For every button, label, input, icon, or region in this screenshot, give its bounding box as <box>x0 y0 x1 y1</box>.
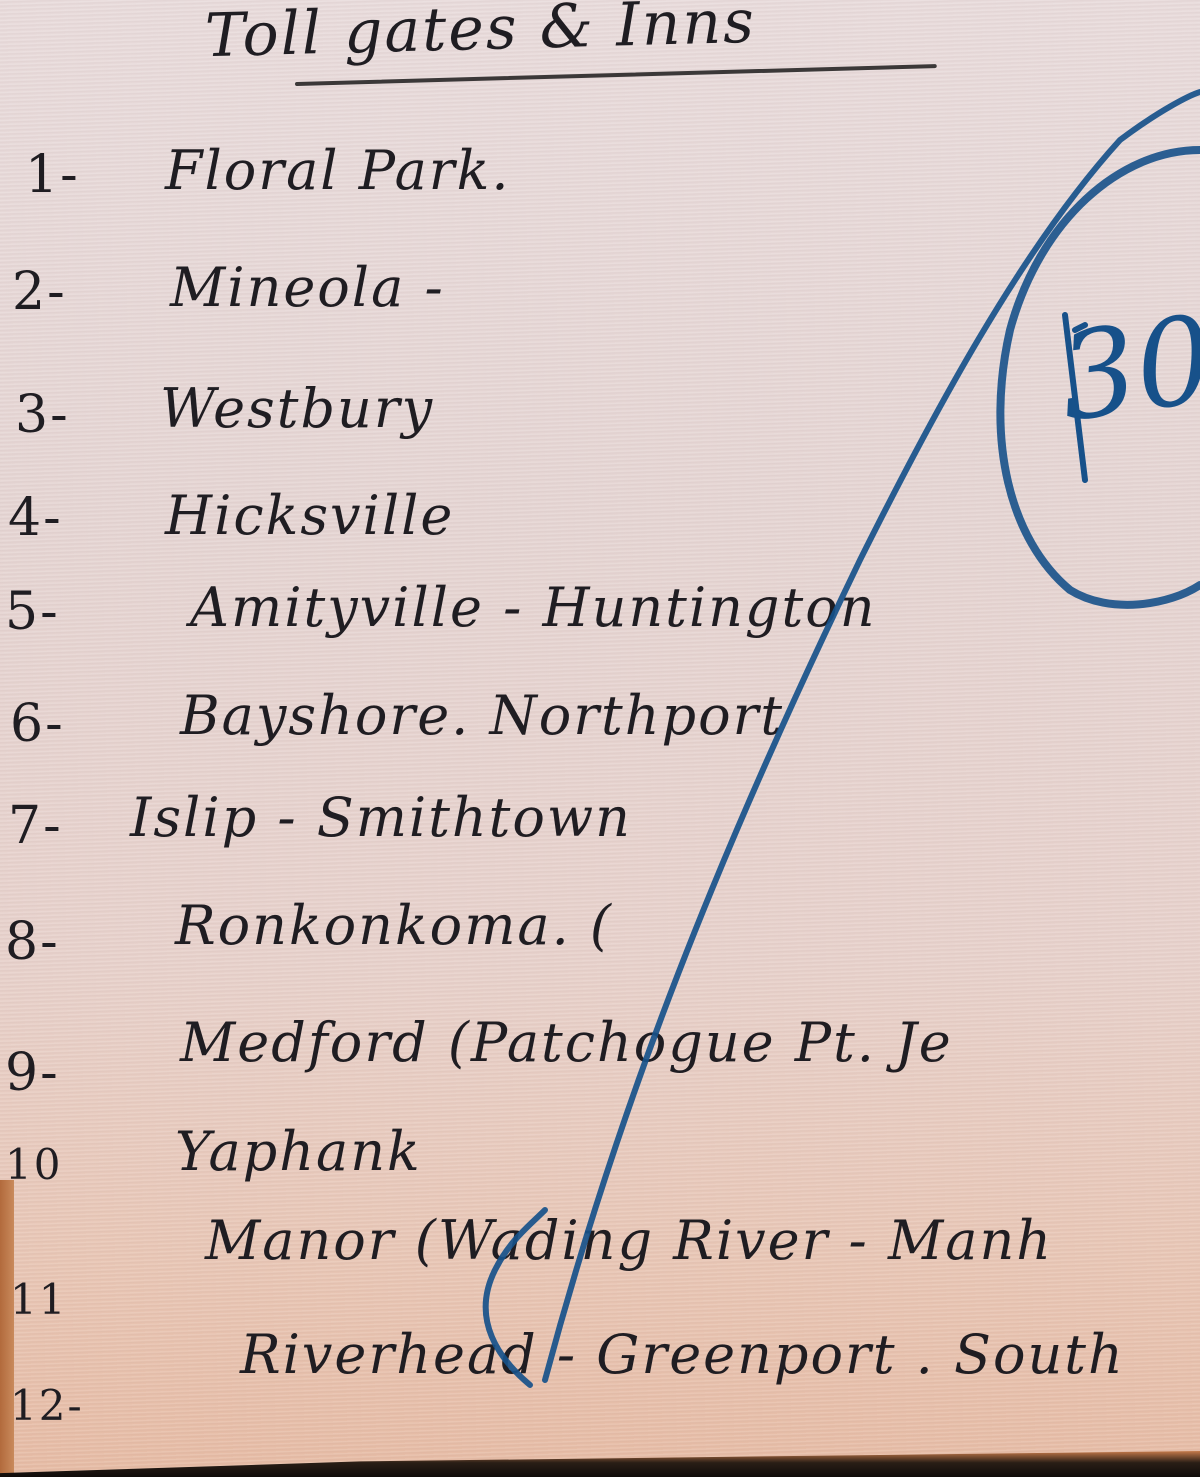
entry-text: Bayshore. Northport <box>180 684 784 747</box>
entry-text: Mineola - <box>170 256 445 319</box>
entry-number: 5- <box>5 582 60 642</box>
circled-number: 30 <box>1051 290 1200 449</box>
entry-number: 11 <box>10 1275 67 1324</box>
entry-text: Islip - Smithtown <box>130 786 632 849</box>
entry-number: 7- <box>8 796 63 856</box>
entry-number: 10 <box>5 1140 62 1189</box>
list-item: 9- Medford (Patchogue Pt. Je <box>0 1015 1200 1135</box>
entry-number: 1- <box>25 145 80 205</box>
handwritten-page: Toll gates & Inns 1- Floral Park. 2- Min… <box>0 0 1200 1477</box>
entry-text: Medford (Patchogue Pt. Je <box>180 1011 953 1074</box>
list-item: 8- Ronkonkoma. ( <box>0 900 1200 1020</box>
entry-number: 4- <box>8 488 63 548</box>
entry-number: 3- <box>15 385 70 445</box>
entry-text: Westbury <box>160 377 434 440</box>
list-item: 1- Floral Park. <box>0 145 1200 265</box>
entry-text: Manor (Wading River - Manh <box>205 1209 1053 1272</box>
title-underline <box>295 64 937 86</box>
list-item: 12- Riverhead - Greenport . South <box>0 1325 1200 1445</box>
entry-text: Hicksville <box>165 484 454 547</box>
entry-number: 2- <box>12 262 67 322</box>
list-item: 7- Islip - Smithtown <box>0 790 1200 910</box>
entry-text: Floral Park. <box>165 139 511 202</box>
page-title: Toll gates & Inns <box>204 0 757 71</box>
entry-number: 8- <box>5 912 60 972</box>
entry-number: 9- <box>5 1043 60 1103</box>
entry-number: 6- <box>10 694 65 754</box>
page-bottom-edge <box>0 1451 1200 1477</box>
list-item: 11 Manor (Wading River - Manh <box>0 1215 1200 1335</box>
list-item: 2- Mineola - <box>0 262 1200 382</box>
entry-text: Ronkonkoma. ( <box>175 894 613 957</box>
entry-text: Amityville - Huntington <box>190 576 877 639</box>
entry-text: Yaphank <box>175 1120 422 1183</box>
entry-text: Riverhead - Greenport . South <box>240 1323 1125 1386</box>
entry-number: 12- <box>10 1381 84 1430</box>
